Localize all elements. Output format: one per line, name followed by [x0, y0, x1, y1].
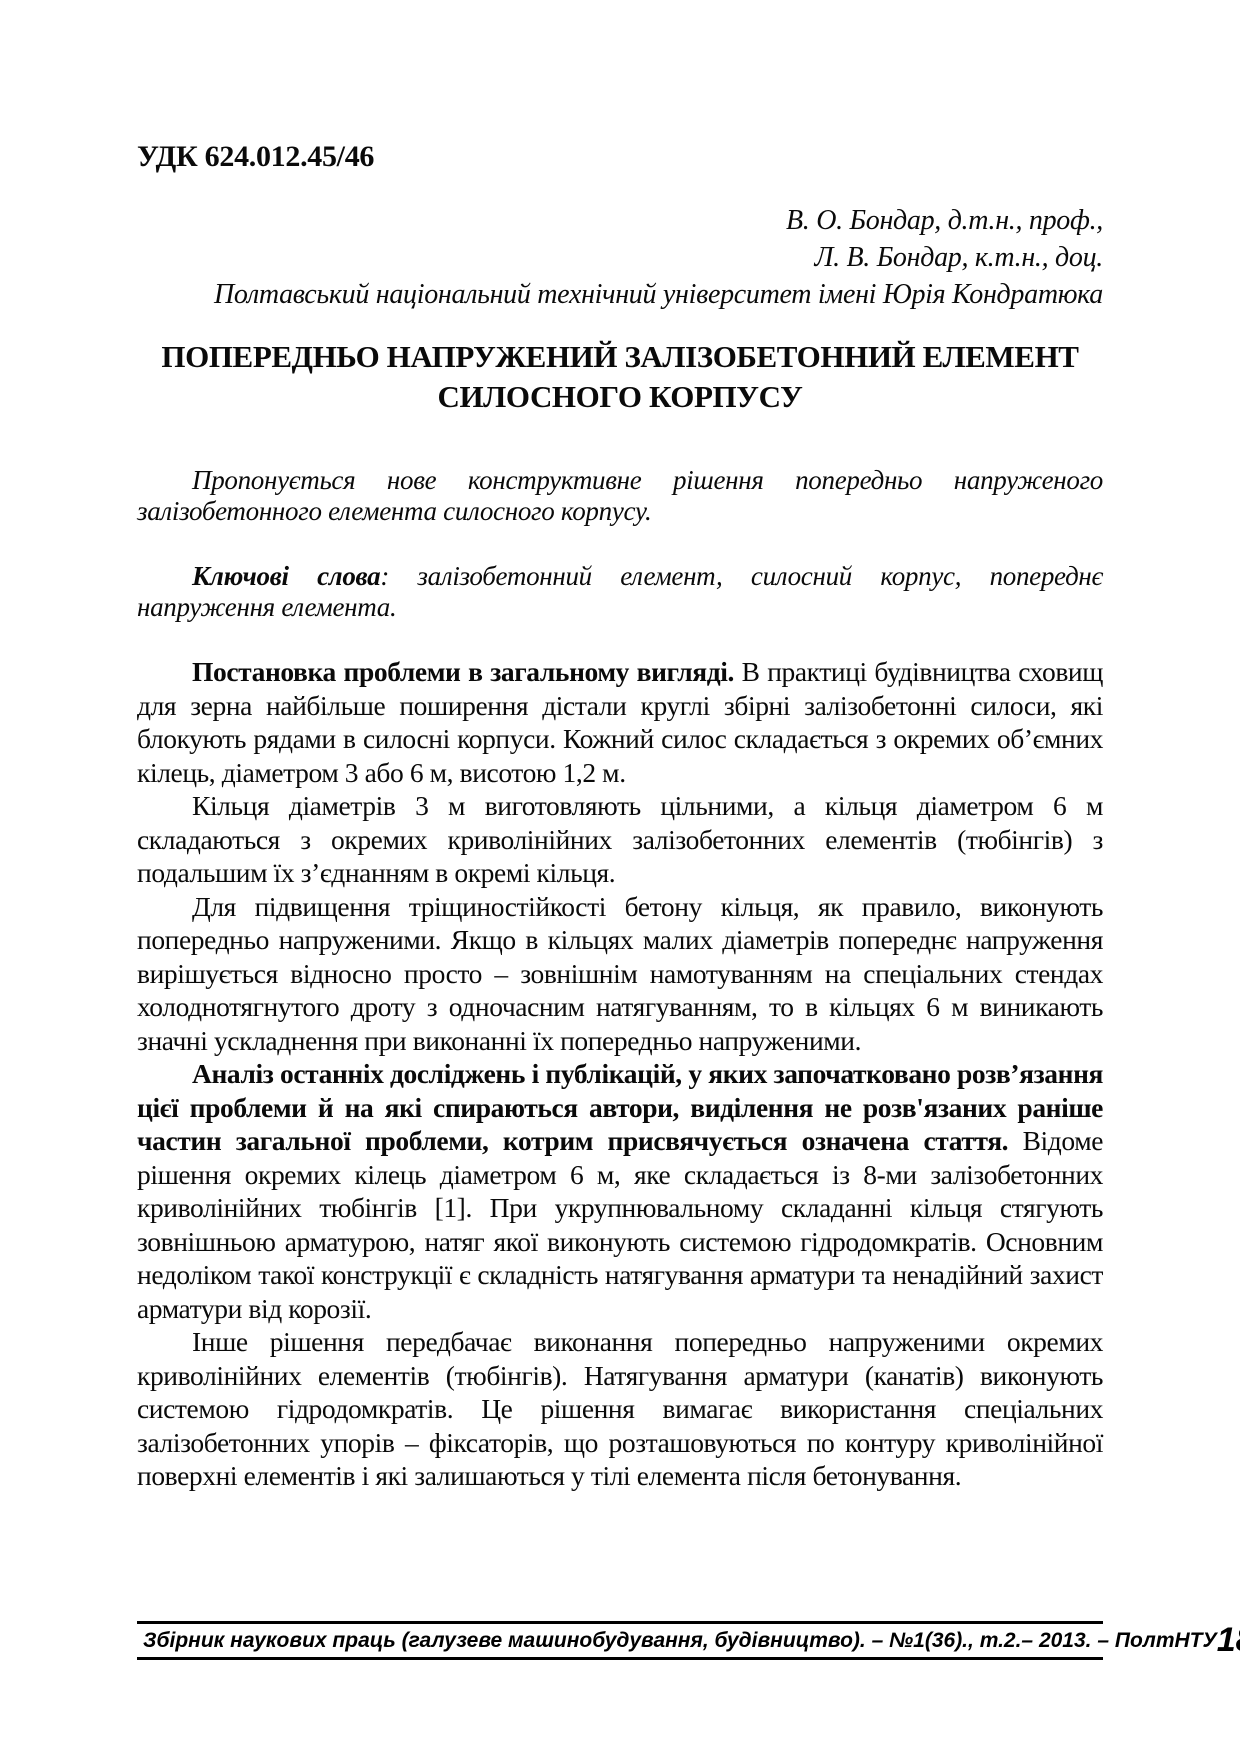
paragraph-lead: Аналіз останніх досліджень і публікацій,…: [137, 1058, 1103, 1156]
keywords: Ключові слова: залізобетонний елемент, с…: [137, 561, 1103, 623]
paragraph-ring-diameters: Кільця діаметрів 3 м виготовляють цільни…: [137, 789, 1103, 890]
document-page: УДК 624.012.45/46 В. О. Бондар, д.т.н., …: [0, 0, 1240, 1754]
article-body: Постановка проблеми в загальному вигляді…: [137, 655, 1103, 1493]
paragraph-problem-statement: Постановка проблеми в загальному вигляді…: [137, 655, 1103, 789]
keywords-label: Ключові слова: [192, 561, 380, 591]
paragraph-text: Інше рішення передбачає виконання попере…: [137, 1326, 1103, 1491]
paragraph-text: Кільця діаметрів 3 м виготовляють цільни…: [137, 790, 1103, 888]
author-block: В. О. Бондар, д.т.н., проф., Л. В. Бонда…: [137, 202, 1103, 313]
udc-code: УДК 624.012.45/46: [137, 140, 1103, 174]
footer-bar: Збірник наукових праць (галузеве машиноб…: [137, 1621, 1103, 1660]
paragraph-text: Для підвищення тріщиностійкості бетону к…: [137, 891, 1103, 1056]
author-line-1: В. О. Бондар, д.т.н., проф.,: [137, 202, 1103, 239]
page-content: УДК 624.012.45/46 В. О. Бондар, д.т.н., …: [137, 0, 1103, 1493]
paragraph-analysis-of-research: Аналіз останніх досліджень і публікацій,…: [137, 1057, 1103, 1325]
article-title-line-1: ПОПЕРЕДНЬО НАПРУЖЕНИЙ ЗАЛІЗОБЕТОННИЙ ЕЛЕ…: [161, 339, 1078, 374]
page-number: 183: [1217, 1621, 1240, 1660]
article-title: ПОПЕРЕДНЬО НАПРУЖЕНИЙ ЗАЛІЗОБЕТОННИЙ ЕЛЕ…: [137, 337, 1103, 417]
paragraph-lead: Постановка проблеми в загальному вигляді…: [192, 656, 734, 687]
paragraph-other-solution: Інше рішення передбачає виконання попере…: [137, 1325, 1103, 1493]
article-title-line-2: СИЛОСНОГО КОРПУСУ: [437, 379, 802, 414]
abstract: Пропонується нове конструктивне рішення …: [137, 465, 1103, 527]
affiliation: Полтавський національний технічний уніве…: [137, 276, 1103, 313]
author-line-2: Л. В. Бондар, к.т.н., доц.: [137, 239, 1103, 276]
paragraph-crack-resistance: Для підвищення тріщиностійкості бетону к…: [137, 890, 1103, 1058]
journal-citation: Збірник наукових праць (галузеве машиноб…: [137, 1629, 1217, 1653]
